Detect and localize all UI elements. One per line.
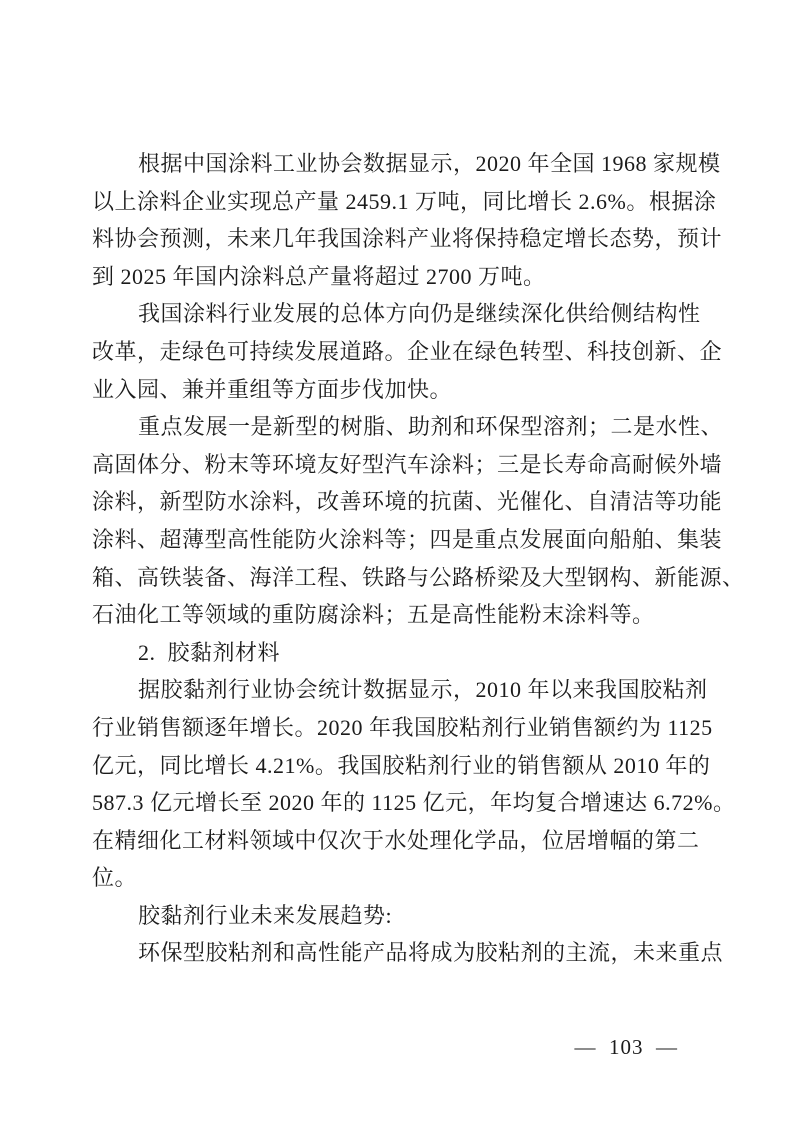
page-number: — 103 —: [575, 1035, 679, 1059]
document-body: 根据中国涂料工业协会数据显示，2020 年全国 1968 家规模以上涂料企业实现…: [92, 145, 710, 972]
text-line: 亿元，同比增长 4.21%。我国胶粘剂行业的销售额从 2010 年的: [92, 747, 710, 785]
text-line: 涂料，新型防水涂料，改善环境的抗菌、光催化、自清洁等功能: [92, 483, 710, 521]
text-line: 环保型胶粘剂和高性能产品将成为胶粘剂的主流，未来重点: [92, 934, 710, 972]
paragraph-adhesives-trend: 环保型胶粘剂和高性能产品将成为胶粘剂的主流，未来重点: [92, 934, 710, 972]
text-line: 位。: [92, 859, 710, 897]
text-line: 箱、高铁装备、海洋工程、铁路与公路桥梁及大型钢构、新能源、: [92, 559, 710, 597]
text-line: 2. 胶黏剂材料: [92, 634, 710, 672]
text-line: 我国涂料行业发展的总体方向仍是继续深化供给侧结构性: [92, 295, 710, 333]
paragraph-coatings-output: 根据中国涂料工业协会数据显示，2020 年全国 1968 家规模以上涂料企业实现…: [92, 145, 710, 295]
page-footer: — 103 —: [550, 1002, 679, 1032]
paragraph-coatings-priorities: 重点发展一是新型的树脂、助剂和环保型溶剂；二是水性、高固体分、粉末等环境友好型汽…: [92, 408, 710, 634]
text-line: 重点发展一是新型的树脂、助剂和环保型溶剂；二是水性、: [92, 408, 710, 446]
paragraph-coatings-direction: 我国涂料行业发展的总体方向仍是继续深化供给侧结构性改革，走绿色可持续发展道路。企…: [92, 295, 710, 408]
text-line: 业入园、兼并重组等方面步伐加快。: [92, 371, 710, 409]
text-line: 到 2025 年国内涂料总产量将超过 2700 万吨。: [92, 258, 710, 296]
text-line: 石油化工等领域的重防腐涂料；五是高性能粉末涂料等。: [92, 596, 710, 634]
paragraph-adhesives-sales: 据胶黏剂行业协会统计数据显示，2010 年以来我国胶粘剂行业销售额逐年增长。20…: [92, 671, 710, 897]
text-line: 在精细化工材料领域中仅次于水处理化学品，位居增幅的第二: [92, 822, 710, 860]
text-line: 改革，走绿色可持续发展道路。企业在绿色转型、科技创新、企: [92, 333, 710, 371]
paragraph-adhesives-trend-title: 胶黏剂行业未来发展趋势:: [92, 897, 710, 935]
text-line: 587.3 亿元增长至 2020 年的 1125 亿元，年均复合增速达 6.72…: [92, 784, 710, 822]
text-line: 行业销售额逐年增长。2020 年我国胶粘剂行业销售额约为 1125: [92, 709, 710, 747]
text-line: 根据中国涂料工业协会数据显示，2020 年全国 1968 家规模: [92, 145, 710, 183]
text-line: 胶黏剂行业未来发展趋势:: [92, 897, 710, 935]
section-heading-adhesives: 2. 胶黏剂材料: [92, 634, 710, 672]
text-line: 以上涂料企业实现总产量 2459.1 万吨，同比增长 2.6%。根据涂: [92, 183, 710, 221]
text-line: 料协会预测，未来几年我国涂料产业将保持稳定增长态势，预计: [92, 220, 710, 258]
text-line: 涂料、超薄型高性能防火涂料等；四是重点发展面向船舶、集装: [92, 521, 710, 559]
text-line: 高固体分、粉末等环境友好型汽车涂料；三是长寿命高耐候外墙: [92, 446, 710, 484]
text-line: 据胶黏剂行业协会统计数据显示，2010 年以来我国胶粘剂: [92, 671, 710, 709]
document-page: 根据中国涂料工业协会数据显示，2020 年全国 1968 家规模以上涂料企业实现…: [0, 0, 794, 1122]
